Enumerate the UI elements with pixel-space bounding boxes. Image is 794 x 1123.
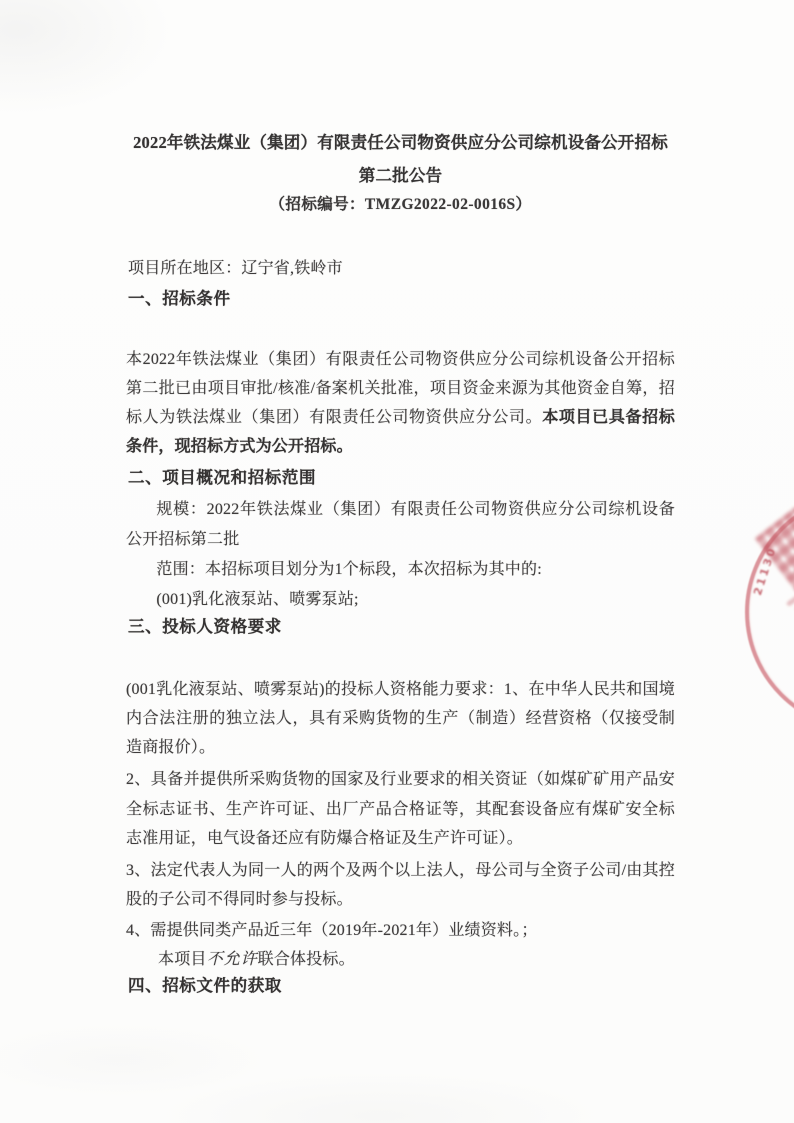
official-red-seal-icon: 21130	[745, 493, 794, 731]
section3-requirement2: 2、具备并提供所采购货物的国家及行业要求的相关资证（如煤矿矿用产品安全标志证书、…	[126, 765, 675, 854]
document-body: 2022年铁法煤业（集团）有限责任公司物资供应分公司综机设备公开招标第二批公告 …	[126, 0, 675, 997]
section3-requirement4: 4、需提供同类产品近三年（2019年-2021年）业绩资料。；	[126, 916, 675, 945]
document-title: 2022年铁法煤业（集团）有限责任公司物资供应分公司综机设备公开招标第二批公告	[126, 126, 675, 192]
tender-number-line: （招标编号：TMZG2022-02-0016S）	[126, 194, 675, 216]
section2-scope-line: 范围：本招标项目划分为1个标段，本次招标为其中的:	[126, 555, 675, 585]
no-consortium-line: 本项目不允许联合体投标。	[126, 945, 675, 974]
section3-heading: 三、投标人资格要求	[128, 615, 675, 639]
section3-requirement1: (001乳化液泵站、喷雾泵站)的投标人资格能力要求：1、在中华人民共和国境内合法…	[126, 675, 675, 762]
section2-scale-line: 规模：2022年铁法煤业（集团）有限责任公司物资供应分公司综机设备公开招标第二批	[126, 495, 675, 555]
section3-requirement3: 3、法定代表人为同一人的两个及两个以上法人，母公司与全资子公司/由其控股的子公司…	[126, 856, 675, 915]
section4-heading: 四、招标文件的获取	[128, 975, 675, 997]
section1-heading: 一、招标条件	[128, 288, 675, 310]
section2-heading: 二、项目概况和招标范围	[128, 467, 675, 489]
section1-paragraph: 本2022年铁法煤业（集团）有限责任公司物资供应分公司综机设备公开招标第二批已由…	[126, 345, 675, 461]
no-consortium-prefix: 本项目	[158, 951, 207, 968]
section2-lot-line: (001)乳化液泵站、喷雾泵站;	[126, 585, 675, 615]
scanned-document-page: 2022年铁法煤业（集团）有限责任公司物资供应分公司综机设备公开招标第二批公告 …	[0, 0, 794, 1123]
project-location-line: 项目所在地区：辽宁省,铁岭市	[128, 258, 675, 280]
no-consortium-emphasis: 不允许	[207, 951, 258, 968]
no-consortium-suffix: 联合体投标。	[258, 951, 355, 968]
